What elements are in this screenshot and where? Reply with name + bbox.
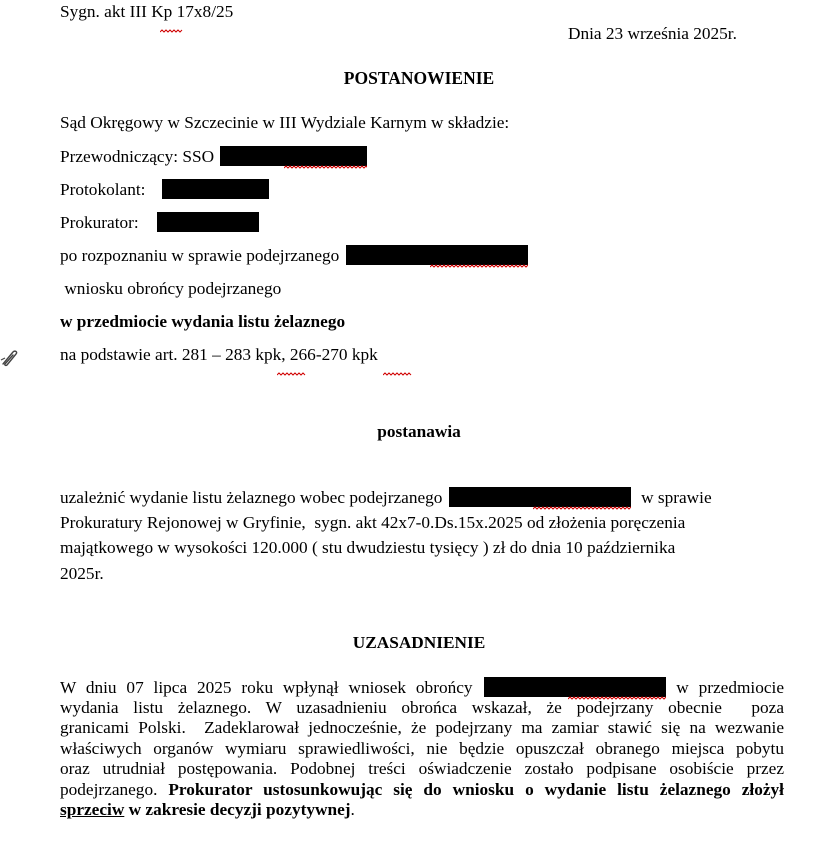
redacted-clerk-name	[162, 179, 269, 199]
document-title: POSTANOWIENIE	[0, 68, 838, 88]
justification-line-4: właściwych organów wymiaru sprawiedliwoś…	[60, 739, 784, 760]
spellcheck-underline	[277, 363, 307, 381]
examination-row: po rozpoznaniu w sprawie podejrzanego	[60, 245, 528, 266]
redacted-defender-name	[484, 677, 666, 697]
objection-keyword: sprzeciw	[60, 800, 124, 819]
subject-text: w przedmiocie wydania listu żelaznego	[60, 312, 345, 332]
justification-text: w przedmiocie	[676, 678, 784, 697]
redacted-suspect-name	[346, 245, 528, 265]
decision-line-3: majątkowego w wysokości 120.000 ( stu dw…	[60, 538, 675, 558]
justification-body: W dniu 07 lipca 2025 roku wpłynął wniose…	[60, 677, 784, 821]
spellcheck-underline	[533, 506, 631, 510]
clerk-label: Protokolant:	[60, 180, 145, 199]
prosecutor-objection-text: Prokurator ustosunkowując się do wniosku…	[168, 780, 784, 799]
prosecutor-row: Prokurator:	[60, 212, 259, 233]
spellcheck-underline	[383, 363, 413, 381]
document-date: Dnia 23 września 2025r.	[568, 24, 737, 44]
spellcheck-underline	[430, 264, 528, 268]
decision-line-2: Prokuratury Rejonowej w Gryfinie, sygn. …	[60, 513, 685, 533]
chairman-label: Przewodniczący: SSO	[60, 147, 214, 166]
justification-text: .	[351, 800, 355, 819]
justification-line-6: podejrzanego. Prokurator ustosunkowując …	[60, 780, 784, 801]
redacted-suspect-name	[449, 487, 631, 507]
case-number-text: Sygn. akt III Kp 17x8/25	[60, 2, 233, 21]
decision-line-1: uzależnić wydanie listu żelaznego wobec …	[60, 487, 712, 508]
legal-basis-text: na podstawie art. 281 – 283 kpk, 266-270…	[60, 345, 378, 365]
case-number: Sygn. akt III Kp 17x8/25	[60, 2, 233, 22]
justification-text: w zakresie decyzji pozytywnej	[124, 800, 350, 819]
justification-line-5: oraz utrudniał postępowania. Podobnej tr…	[60, 759, 784, 780]
justification-heading: UZASADNIENIE	[0, 633, 838, 653]
legal-basis: na podstawie art. 281 – 283 kpk, 266-270…	[60, 345, 378, 364]
prosecutor-label: Prokurator:	[60, 213, 139, 232]
spellcheck-underline	[284, 165, 367, 169]
justification-text: W dniu 07 lipca 2025 roku wpłynął wniose…	[60, 678, 473, 697]
justification-line-2: wydania listu żelaznego. W uzasadnieniu …	[60, 698, 784, 719]
spellcheck-underline	[568, 696, 666, 700]
redacted-chairman-name	[220, 146, 367, 166]
justification-line-7: sprzeciw w zakresie decyzji pozytywnej.	[60, 800, 784, 821]
paperclip-icon[interactable]	[0, 344, 20, 370]
justification-text: podejrzanego.	[60, 780, 168, 799]
spellcheck-underline	[160, 20, 184, 38]
chairman-row: Przewodniczący: SSO	[60, 146, 367, 167]
motion-text: wniosku obrońcy podejrzanego	[60, 279, 281, 299]
justification-line-3: granicami Polski. Zadeklarował jednocześ…	[60, 718, 784, 739]
decision-text: w sprawie	[641, 488, 712, 507]
decision-heading: postanawia	[0, 422, 838, 442]
decision-line-4: 2025r.	[60, 564, 104, 584]
decision-text: uzależnić wydanie listu żelaznego wobec …	[60, 488, 442, 507]
examination-text: po rozpoznaniu w sprawie podejrzanego	[60, 246, 339, 265]
clerk-row: Protokolant:	[60, 179, 269, 200]
court-composition-intro: Sąd Okręgowy w Szczecinie w III Wydziale…	[60, 113, 509, 133]
redacted-prosecutor-name	[157, 212, 259, 232]
justification-line-1: W dniu 07 lipca 2025 roku wpłynął wniose…	[60, 677, 784, 698]
